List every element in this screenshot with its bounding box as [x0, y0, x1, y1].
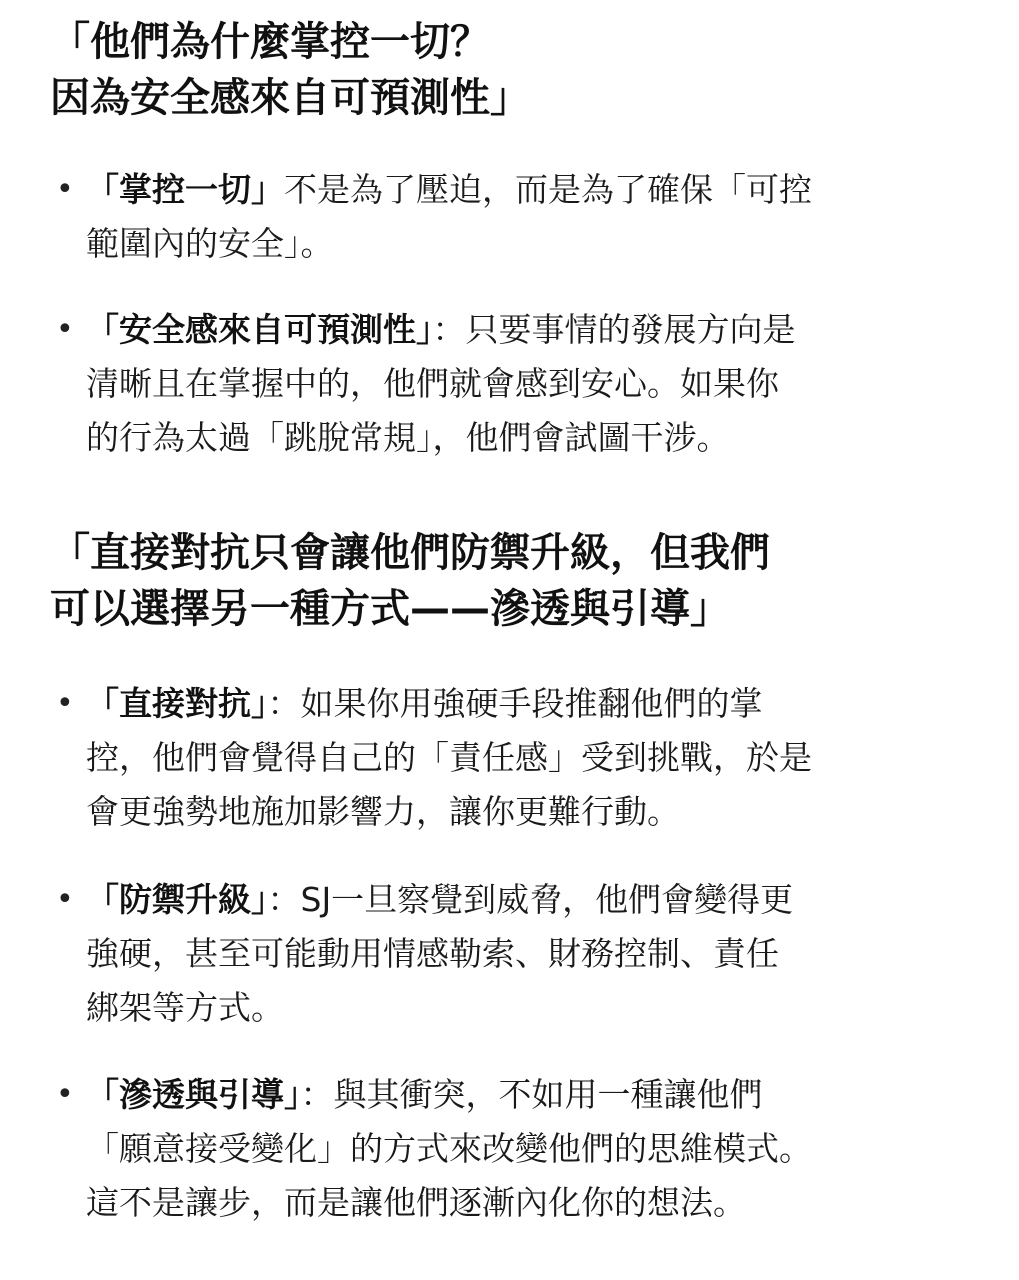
bullet-text: 不是為了壓迫，而是為了確保「可控 — [284, 170, 812, 209]
bullet-dot-icon: • — [56, 677, 80, 731]
bullet-item: • 「直接對抗」：如果你用強硬手段推翻他們的掌 控，他們會覺得自己的「責任感」受… — [56, 677, 936, 839]
heading-line: 可以選擇另一種方式——滲透與引導」 — [50, 581, 770, 637]
bullet-line: 「直接對抗」：如果你用強硬手段推翻他們的掌 — [56, 677, 936, 731]
heading-line: 「直接對抗只會讓他們防禦升級，但我們 — [50, 525, 770, 581]
bullet-item: • 「安全感來自可預測性」：只要事情的發展方向是 清晰且在掌握中的，他們就會感到… — [56, 303, 936, 465]
bullet-line: 範圍內的安全」。 — [56, 217, 936, 271]
bullet-line: 「願意接受變化」的方式來改變他們的思維模式。 — [56, 1122, 936, 1176]
heading-line: 「他們為什麼掌控一切？ — [50, 14, 530, 70]
bullet-line: 控，他們會覺得自己的「責任感」受到挑戰，於是 — [56, 731, 936, 785]
bullet-line: 這不是讓步，而是讓他們逐漸內化你的想法。 — [56, 1176, 936, 1230]
bullet-text: ：與其衝突，不如用一種讓他們 — [301, 1075, 763, 1114]
bullet-dot-icon: • — [56, 303, 80, 357]
bullet-term: 「直接對抗」 — [86, 684, 268, 723]
bullet-line: 「滲透與引導」：與其衝突，不如用一種讓他們 — [56, 1068, 936, 1122]
bullet-line: 會更強勢地施加影響力，讓你更難行動。 — [56, 785, 936, 839]
bullet-item: • 「掌控一切」不是為了壓迫，而是為了確保「可控 範圍內的安全」。 — [56, 163, 936, 271]
bullet-dot-icon: • — [56, 163, 80, 217]
bullet-term: 「安全感來自可預測性」 — [86, 310, 433, 349]
bullet-line: 綁架等方式。 — [56, 981, 936, 1035]
bullet-line: 強硬，甚至可能動用情感勒索、財務控制、責任 — [56, 927, 936, 981]
bullet-item: • 「防禦升級」：SJ一旦察覺到威脅，他們會變得更 強硬，甚至可能動用情感勒索、… — [56, 873, 936, 1035]
bullet-text: ：如果你用強硬手段推翻他們的掌 — [268, 684, 763, 723]
bullet-line: 「安全感來自可預測性」：只要事情的發展方向是 — [56, 303, 936, 357]
section-2-heading: 「直接對抗只會讓他們防禦升級，但我們 可以選擇另一種方式——滲透與引導」 — [50, 525, 770, 637]
bullet-line: 「掌控一切」不是為了壓迫，而是為了確保「可控 — [56, 163, 936, 217]
bullet-text: ：只要事情的發展方向是 — [433, 310, 796, 349]
bullet-line: 的行為太過「跳脫常規」，他們會試圖干涉。 — [56, 411, 936, 465]
section-1-heading: 「他們為什麼掌控一切？ 因為安全感來自可預測性」 — [50, 14, 530, 126]
bullet-line: 清晰且在掌握中的，他們就會感到安心。如果你 — [56, 357, 936, 411]
heading-line: 因為安全感來自可預測性」 — [50, 70, 530, 126]
bullet-term: 「防禦升級」 — [86, 880, 268, 919]
bullet-term: 「掌控一切」 — [86, 170, 284, 209]
bullet-text: ：SJ一旦察覺到威脅，他們會變得更 — [268, 880, 794, 919]
bullet-line: 「防禦升級」：SJ一旦察覺到威脅，他們會變得更 — [56, 873, 936, 927]
bullet-dot-icon: • — [56, 873, 80, 927]
bullet-term: 「滲透與引導」 — [86, 1075, 301, 1114]
bullet-item: • 「滲透與引導」：與其衝突，不如用一種讓他們 「願意接受變化」的方式來改變他們… — [56, 1068, 936, 1230]
bullet-dot-icon: • — [56, 1068, 80, 1122]
